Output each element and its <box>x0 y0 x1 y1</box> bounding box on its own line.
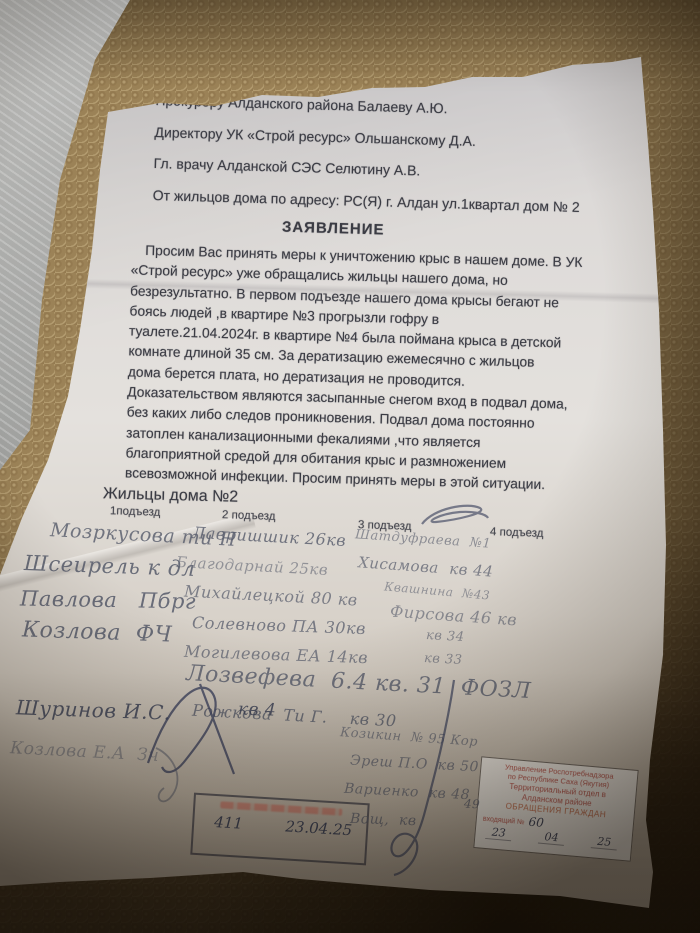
pen-flourish <box>378 675 478 890</box>
signature-entry: кв 33 <box>424 651 463 668</box>
typed-text-block: Прокурору Алданского района Балаеву А.Ю.… <box>107 80 618 497</box>
signature-entry: Хисамова кв 44 <box>358 553 494 580</box>
signature-entry: Фирсова 46 кв <box>389 602 517 630</box>
document-title: ЗАЯВЛЕНИЕ <box>282 219 614 245</box>
paper-sheet: Прокурору Алданского района Балаеву А.Ю.… <box>0 0 700 933</box>
signature-entry: кв 34 <box>426 628 465 645</box>
stamp-date-month: 04 <box>538 829 565 845</box>
signature-entry: Благодарнай 25кв <box>176 553 329 579</box>
entrance-label-2: 2 подъезд <box>222 509 276 523</box>
signature-entry: Солевново ПА 30кв <box>192 613 366 638</box>
signature-entry: Павлова Пбрг <box>20 586 196 613</box>
stamp-date-day: 23 <box>485 825 512 841</box>
signature-paraph <box>148 738 200 810</box>
residents-heading: Жильцы дома №2 <box>103 485 239 507</box>
rospotrebnadzor-stamp: Управление Роспотребнадзора по Республик… <box>473 756 638 861</box>
stamp-number-value: 60 <box>528 814 544 829</box>
body-paragraph: Просим Вас принять меры к уничтожению кр… <box>125 240 614 497</box>
entrance-label-1: 1подъезд <box>110 505 161 519</box>
photo-of-document: Прокурору Алданского района Балаеву А.Ю.… <box>0 0 700 933</box>
signature-entry: Козлова ФЧ <box>22 617 173 647</box>
recipients-block: Прокурору Алданского района Балаеву А.Ю.… <box>152 85 617 224</box>
pen-scribble <box>416 500 494 532</box>
stamp-registration-number: 411 <box>214 813 244 833</box>
entrance-label-4: 4 подъезд <box>490 526 544 540</box>
registration-stamp: 411 23.04.25 <box>190 793 369 866</box>
signature-entry: Квашнина №43 <box>384 579 491 602</box>
stamp-date-year: 25 <box>591 834 618 850</box>
stamp-registration-date: 23.04.25 <box>285 817 353 839</box>
signature-entry: Михайлецкой 80 кв <box>184 581 359 609</box>
